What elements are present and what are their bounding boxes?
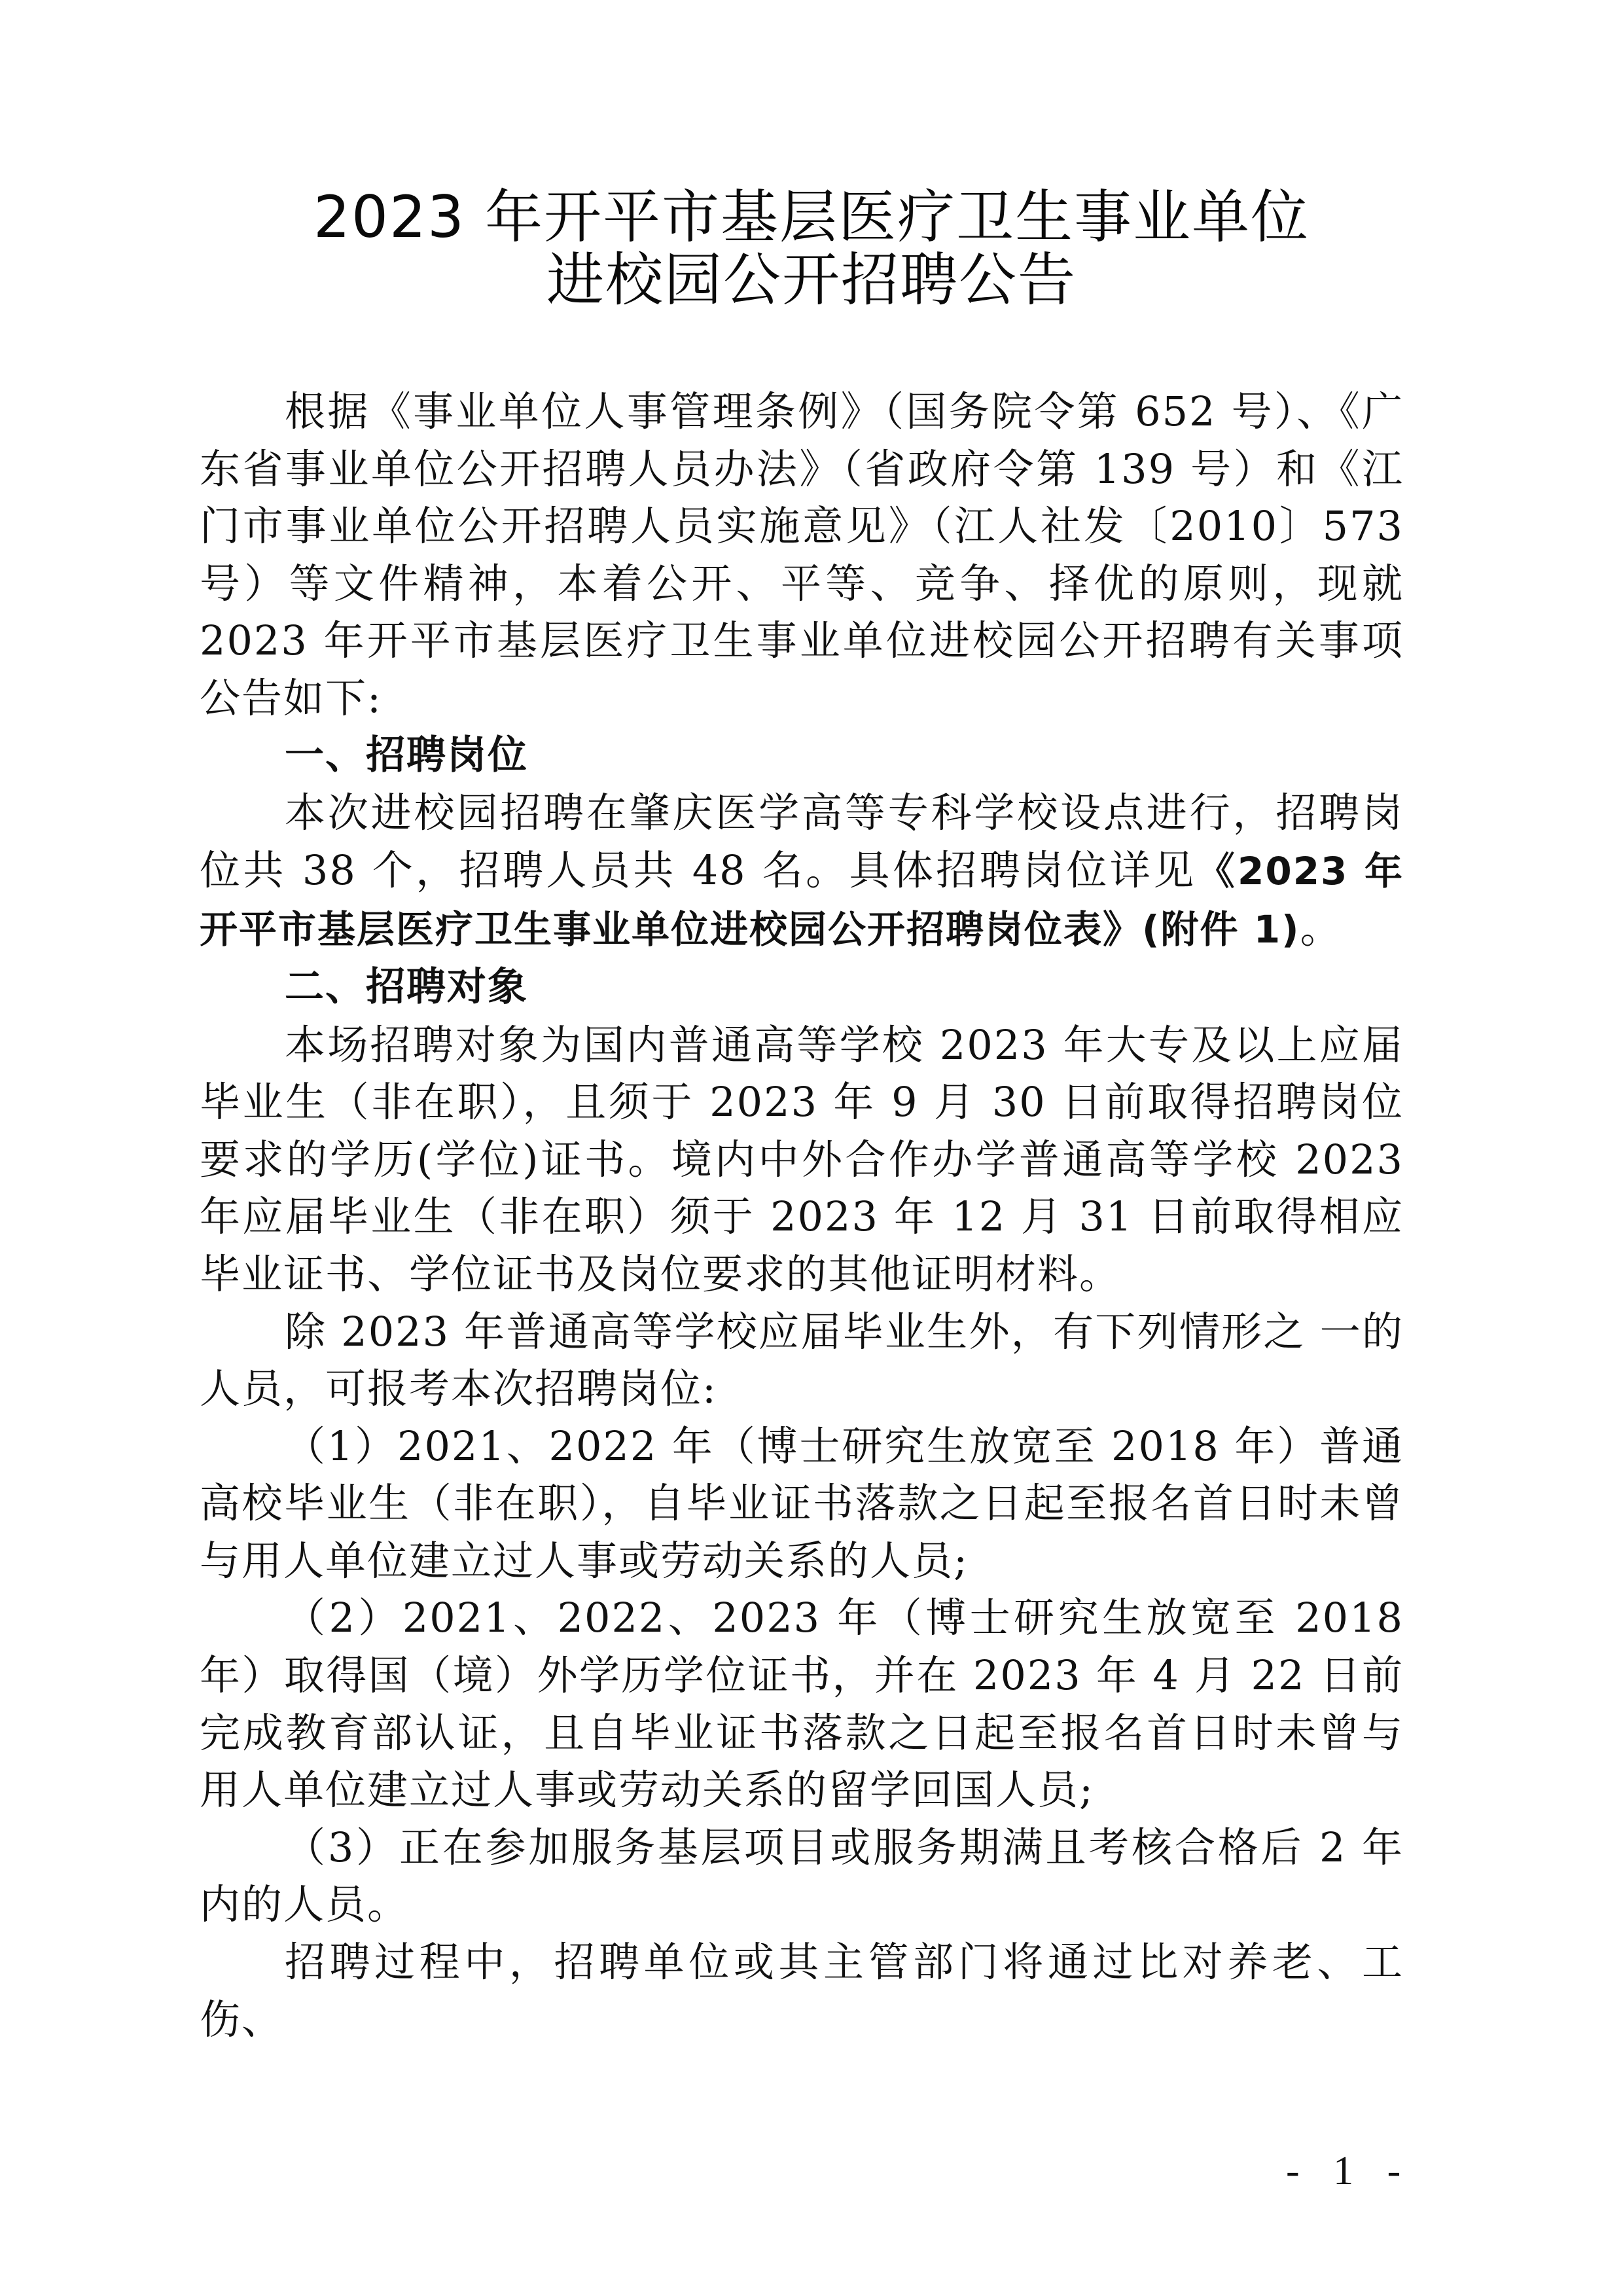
intro-paragraph: 根据《事业单位人事管理条例》（国务院令第 652 号）、《广东省事业单位公开招聘… [200, 383, 1404, 727]
targets-paragraph: 本场招聘对象为国内普通高等学校 2023 年大专及以上应届毕业生（非在职），且须… [200, 1016, 1404, 1303]
section-heading-positions: 一、招聘岗位 [200, 727, 1404, 785]
positions-paragraph: 本次进校园招聘在肇庆医学高等专科学校设点进行，招聘岗位共 38 个，招聘人员共 … [200, 784, 1404, 959]
eligibility-intro-paragraph: 除 2023 年普通高等学校应届毕业生外，有下列情形之 一的人员，可报考本次招聘… [200, 1303, 1404, 1418]
document-body: 根据《事业单位人事管理条例》（国务院令第 652 号）、《广东省事业单位公开招聘… [200, 383, 1404, 2048]
section-heading-targets: 二、招聘对象 [200, 959, 1404, 1016]
positions-text-end: 。 [1300, 905, 1342, 952]
document-title-line-1: 2023 年开平市基层医疗卫生事业单位 [0, 185, 1623, 250]
eligibility-item-1: （1）2021、2022 年（博士研究生放宽至 2018 年）普通高校毕业生（非… [200, 1418, 1404, 1590]
verification-paragraph: 招聘过程中，招聘单位或其主管部门将通过比对养老、工伤、 [200, 1933, 1404, 2048]
document-page: 2023 年开平市基层医疗卫生事业单位 进校园公开招聘公告 根据《事业单位人事管… [0, 0, 1623, 2296]
document-title-line-2: 进校园公开招聘公告 [0, 247, 1623, 313]
eligibility-item-2: （2）2021、2022、2023 年（博士研究生放宽至 2018 年）取得国（… [200, 1589, 1404, 1818]
page-number: - 1 - [1286, 2148, 1412, 2195]
eligibility-item-3: （3）正在参加服务基层项目或服务期满且考核合格后 2 年内的人员。 [200, 1819, 1404, 1933]
